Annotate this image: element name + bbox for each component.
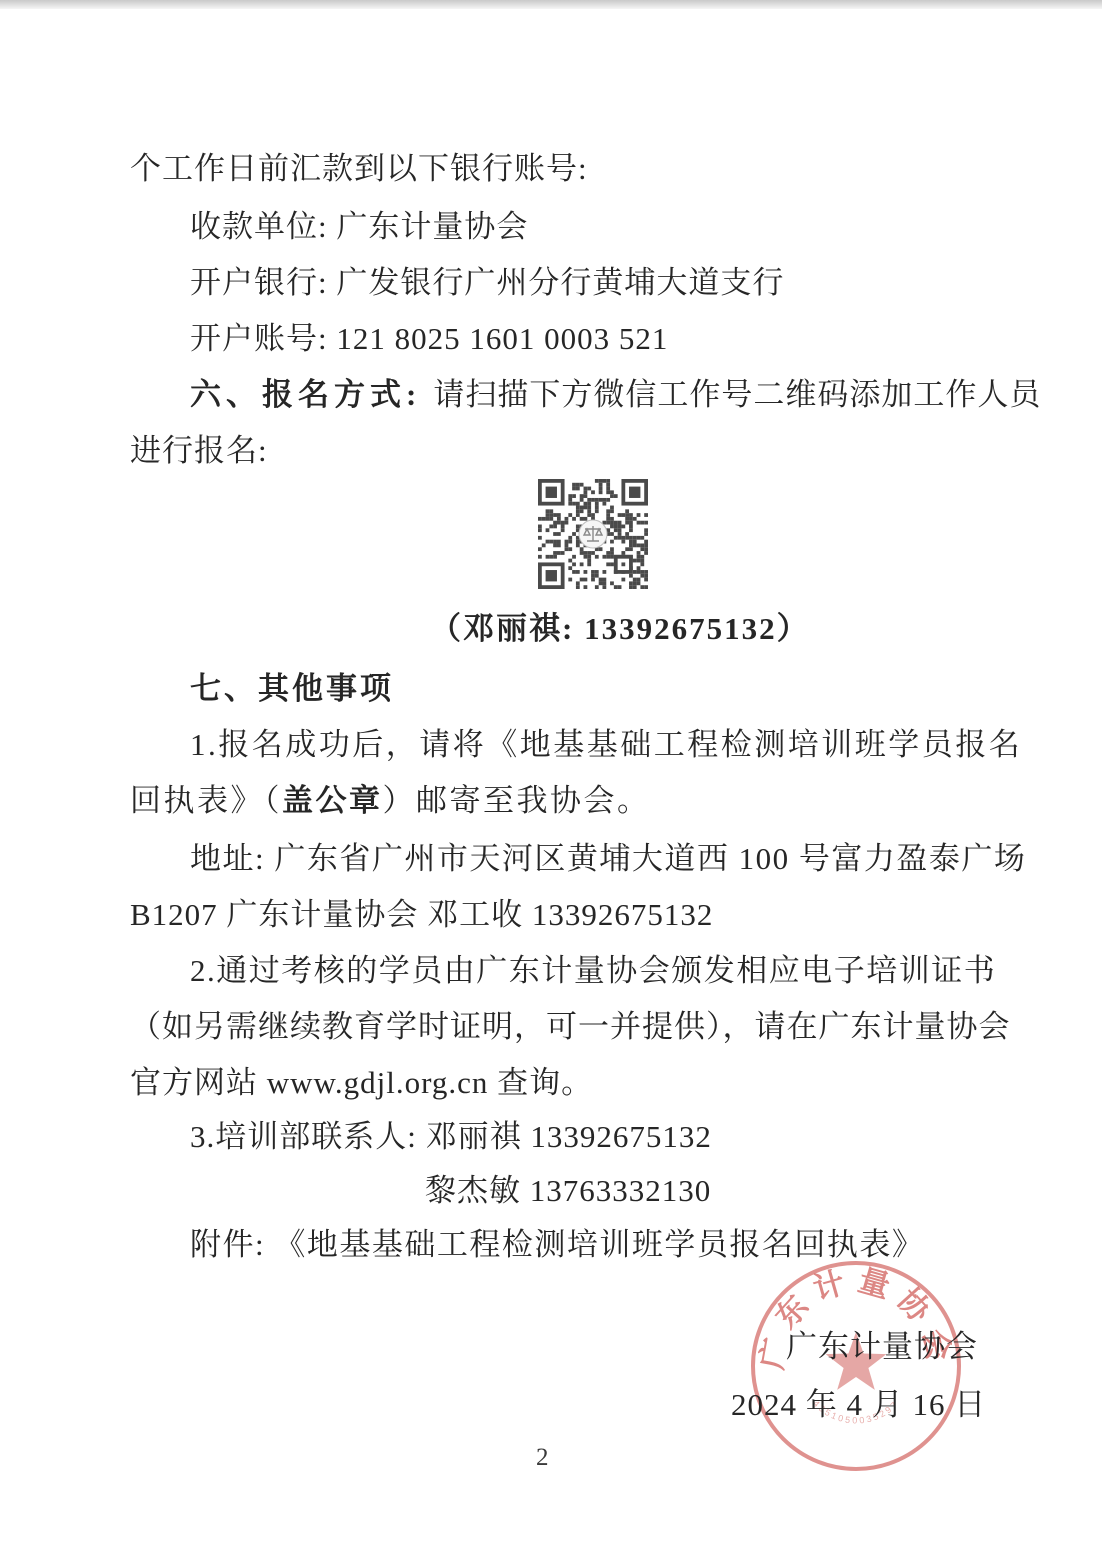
qr-caption-contact: （邓丽祺: 13392675132） bbox=[430, 610, 810, 648]
item1-line1: 1.报名成功后，请将《地基基础工程检测培训班学员报名 bbox=[190, 726, 1022, 764]
address-line2: B1207 广东计量协会 邓工收 13392675132 bbox=[130, 896, 713, 934]
item2-line1: 2.通过考核的学员由广东计量协会颁发相应电子培训证书 bbox=[190, 952, 996, 990]
section7-heading: 七、其他事项 bbox=[190, 670, 394, 708]
bank-payee-line: 收款单位: 广东计量协会 bbox=[190, 208, 528, 246]
item2-line3: 官方网站 www.gdjl.org.cn 查询。 bbox=[130, 1064, 593, 1102]
item2-line2: （如另需继续教育学时证明，可一并提供），请在广东计量协会 bbox=[130, 1008, 1011, 1046]
paragraph-remittance-note: 个工作日前汇款到以下银行账号: bbox=[130, 150, 588, 188]
signature-org-name: 广东计量协会 bbox=[786, 1328, 978, 1366]
scan-edge-shadow bbox=[0, 0, 1102, 9]
item1-line2: 回执表》（盖公章）邮寄至我协会。 bbox=[130, 782, 651, 820]
item3-line1: 3.培训部联系人: 邓丽祺 13392675132 bbox=[190, 1118, 712, 1156]
address-line1: 地址: 广东省广州市天河区黄埔大道西 100 号富力盈泰广场 bbox=[190, 840, 1026, 878]
item1-line2-post: ）邮寄至我协会。 bbox=[383, 783, 651, 818]
signature-date: 2024 年 4 月 16 日 bbox=[731, 1386, 986, 1424]
item1-line2-pre: 回执表》（ bbox=[130, 783, 282, 818]
document-page: 个工作日前汇款到以下银行账号: 收款单位: 广东计量协会 开户银行: 广发银行广… bbox=[0, 0, 1102, 1557]
section6-line: 六、报名方式:请扫描下方微信工作号二维码添加工作人员 bbox=[190, 376, 1041, 414]
section6-text: 请扫描下方微信工作号二维码添加工作人员 bbox=[433, 377, 1041, 412]
bank-account-line: 开户账号: 121 8025 1601 0003 521 bbox=[190, 320, 668, 358]
section6-heading: 六、报名方式: bbox=[190, 377, 421, 412]
section6-line2: 进行报名: bbox=[130, 432, 268, 470]
qr-code-image bbox=[538, 477, 648, 591]
official-seal-stamp: 广东计量协会 4351050035297 bbox=[746, 1256, 966, 1476]
wechat-qr-code bbox=[538, 477, 648, 591]
item1-line2-stamp-note: 盖公章 bbox=[282, 783, 383, 818]
item3-line2: 黎杰敏 13763332130 bbox=[425, 1172, 711, 1210]
bank-name-line: 开户银行: 广发银行广州分行黄埔大道支行 bbox=[190, 264, 784, 302]
page-number: 2 bbox=[536, 1444, 549, 1472]
